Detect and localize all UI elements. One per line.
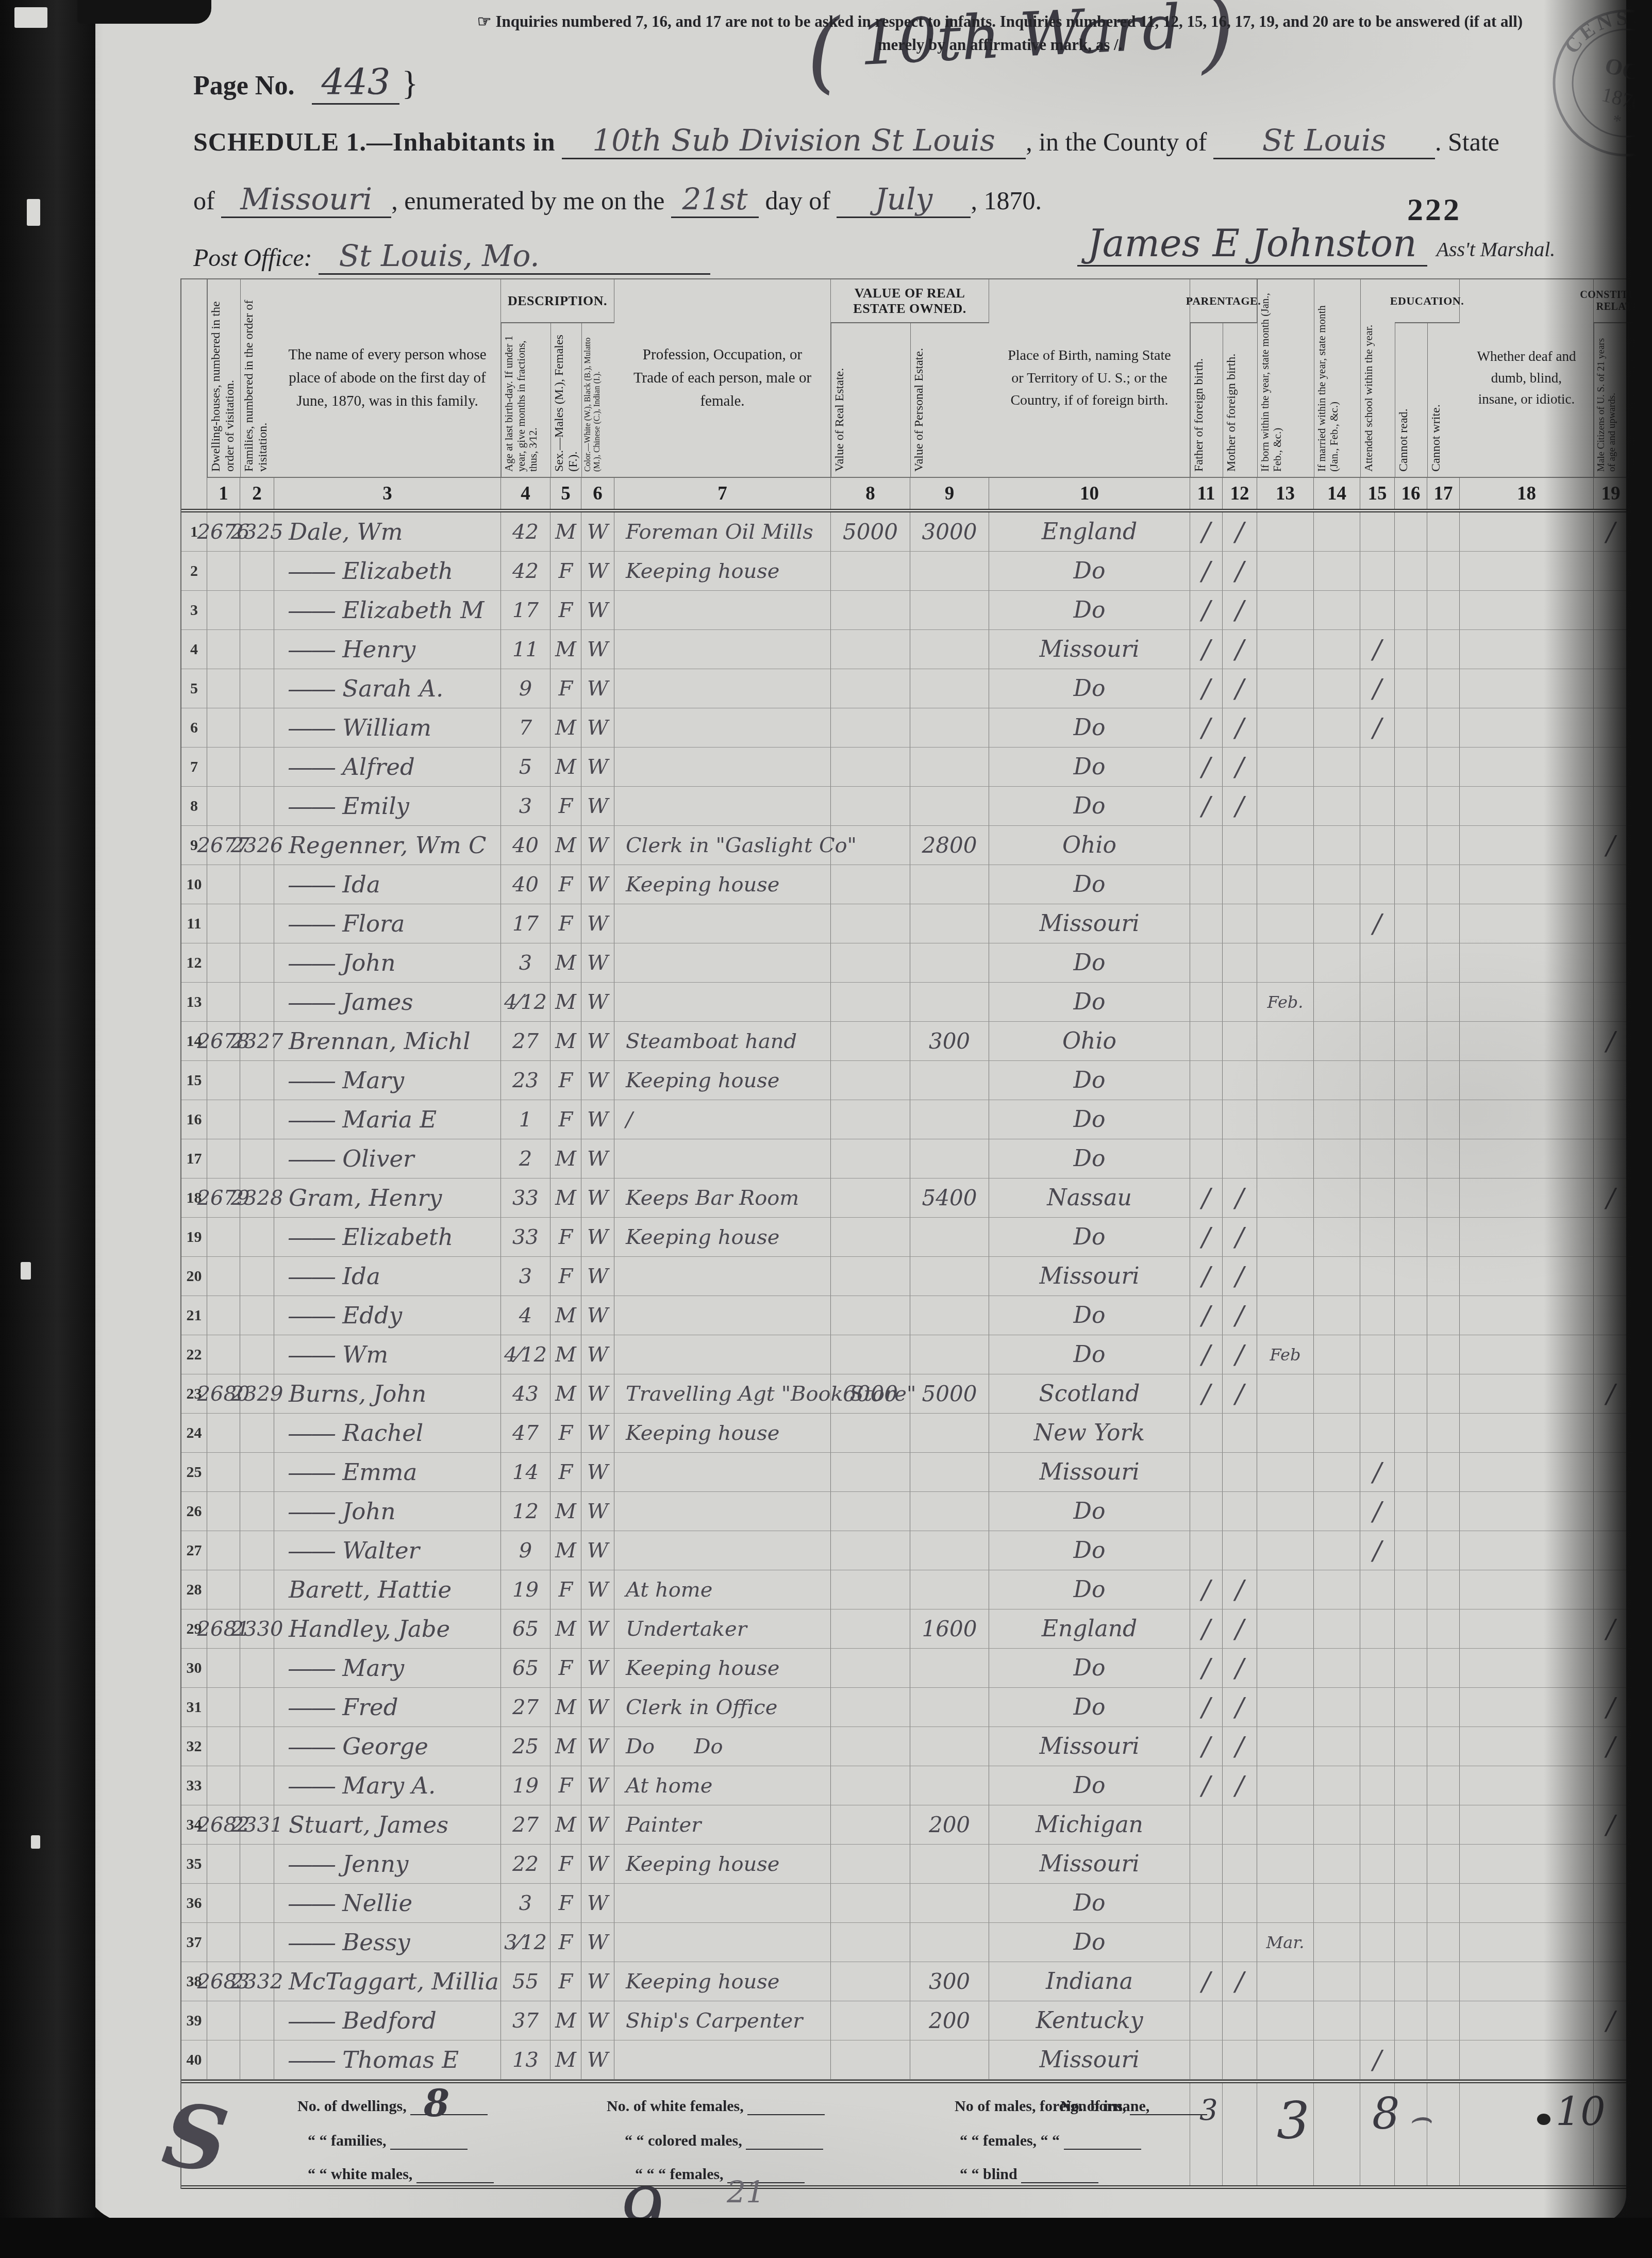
cell-color: W — [581, 904, 614, 943]
cell-occupation: Keeping house — [614, 1061, 831, 1100]
row-number-left: 32 — [181, 1727, 207, 1766]
header-gutter-left — [181, 279, 207, 509]
cell-cannot-write-mark — [1427, 1649, 1460, 1687]
cell-cannot-write-mark — [1427, 630, 1460, 669]
cell-age: 4 — [501, 1296, 550, 1335]
cell-sex: F — [550, 1649, 581, 1687]
cell-mother-foreign-mark — [1223, 983, 1257, 1021]
blank-line — [1154, 2100, 1200, 2115]
cell-born-month — [1257, 943, 1314, 982]
cell-mother-foreign-mark — [1223, 2001, 1257, 2040]
cell-real-estate-value — [831, 1414, 910, 1452]
cell-cannot-write-mark — [1427, 1609, 1460, 1648]
cell-real-estate-value — [831, 1923, 910, 1962]
cell-cannot-write-mark — [1427, 1453, 1460, 1491]
cell-mother-foreign-mark: / — [1223, 1335, 1257, 1374]
cell-married-month — [1314, 865, 1360, 904]
col-number: 8 — [831, 477, 910, 509]
cell-married-month — [1314, 1414, 1360, 1452]
flourish-s-icon: S — [157, 2082, 234, 2193]
cell-name: ―― George — [274, 1727, 501, 1766]
cell-father-foreign-mark: / — [1190, 1609, 1223, 1648]
cell-birthplace: Ohio — [989, 826, 1190, 865]
cell-cannot-read-mark — [1395, 1492, 1427, 1531]
row-number-left: 19 — [181, 1218, 207, 1256]
cell-real-estate-value — [831, 1061, 910, 1100]
cell-family-number — [240, 943, 274, 982]
table-row: 4 ―― Henry 11 M W Missouri / / — [181, 630, 1652, 669]
cell-personal-estate-value — [910, 983, 989, 1021]
group-education: EDUCATION. — [1395, 279, 1460, 323]
footer-total-father-foreign: 3 — [1199, 2094, 1218, 2127]
cell-cannot-read-mark — [1395, 1100, 1427, 1139]
group-description: DESCRIPTION. — [501, 279, 614, 323]
cell-attended-school-mark — [1360, 1923, 1395, 1962]
cell-dwelling-number — [207, 1218, 240, 1256]
table-row: 29 2681 2330 Handley, Jabe 65 M W Undert… — [181, 1609, 1652, 1649]
cell-cannot-write-mark — [1427, 1923, 1460, 1962]
cell-age: 55 — [501, 1962, 550, 2001]
cell-personal-estate-value: 5000 — [910, 1374, 989, 1413]
cell-occupation — [614, 1531, 831, 1570]
cell-family-number — [240, 552, 274, 590]
cell-sex: F — [550, 1218, 581, 1256]
cell-personal-estate-value — [910, 2040, 989, 2079]
cell-personal-estate-value — [910, 669, 989, 708]
inquiries-line1: Inquiries numbered 7, 16, and 17 are not… — [495, 12, 1523, 30]
cell-occupation — [614, 1257, 831, 1296]
footer-insane-label: No. of insane, — [1060, 2098, 1200, 2115]
cell-mother-foreign-mark — [1223, 904, 1257, 943]
cell-real-estate-value — [831, 748, 910, 786]
cell-cannot-write-mark — [1427, 1257, 1460, 1296]
cell-birthplace: Missouri — [989, 1453, 1190, 1491]
cell-family-number — [240, 1688, 274, 1726]
cell-birthplace: Ohio — [989, 1022, 1190, 1060]
cell-family-number: 2327 — [240, 1022, 274, 1060]
cell-cannot-read-mark — [1395, 1609, 1427, 1648]
row-number-left: 37 — [181, 1923, 207, 1962]
cell-name: ―― Nellie — [274, 1884, 501, 1922]
cell-age: 3 — [501, 1884, 550, 1922]
cell-real-estate-value — [831, 1688, 910, 1726]
table-row: 13 ―― James 4⁄12 M W Do Feb. — [181, 983, 1652, 1022]
cell-personal-estate-value — [910, 1923, 989, 1962]
cell-birthplace: Do — [989, 1335, 1190, 1374]
cell-mother-foreign-mark: / — [1223, 1570, 1257, 1609]
cell-cannot-write-mark — [1427, 865, 1460, 904]
cell-sex: M — [550, 943, 581, 982]
cell-real-estate-value — [831, 2001, 910, 2040]
cell-father-foreign-mark: / — [1190, 1727, 1223, 1766]
cell-name: ―― John — [274, 943, 501, 982]
cell-name: ―― Elizabeth — [274, 1218, 501, 1256]
cell-age: 22 — [501, 1845, 550, 1883]
cell-birthplace: Do — [989, 943, 1190, 982]
cell-name: ―― Mary — [274, 1061, 501, 1100]
cell-color: W — [581, 1727, 614, 1766]
cell-age: 19 — [501, 1570, 550, 1609]
cell-mother-foreign-mark — [1223, 1139, 1257, 1178]
state-line: of Missouri, enumerated by me on the 21s… — [193, 181, 1606, 218]
cell-family-number — [240, 1296, 274, 1335]
cell-personal-estate-value — [910, 1414, 989, 1452]
cell-father-foreign-mark — [1190, 1453, 1223, 1491]
cell-sex: F — [550, 1257, 581, 1296]
cell-family-number — [240, 630, 274, 669]
cell-cannot-read-mark — [1395, 865, 1427, 904]
cell-sex: M — [550, 983, 581, 1021]
cell-cannot-read-mark — [1395, 787, 1427, 825]
cell-married-month — [1314, 1139, 1360, 1178]
row-number-left: 6 — [181, 708, 207, 747]
table-row: 31 ―― Fred 27 M W Clerk in Office Do / / — [181, 1688, 1652, 1727]
cell-age: 27 — [501, 1022, 550, 1060]
cell-married-month — [1314, 1727, 1360, 1766]
cell-attended-school-mark — [1360, 865, 1395, 904]
cell-personal-estate-value: 300 — [910, 1962, 989, 2001]
cell-personal-estate-value: 200 — [910, 2001, 989, 2040]
cell-cannot-read-mark — [1395, 1531, 1427, 1570]
cell-born-month — [1257, 787, 1314, 825]
cell-family-number — [240, 1257, 274, 1296]
footer-col17 — [1427, 2083, 1460, 2185]
table-row: 11 ―― Flora 17 F W Missouri — [181, 904, 1652, 943]
cell-real-estate-value — [831, 1453, 910, 1491]
table-row: 28 Barett, Hattie 19 F W At home Do / / — [181, 1570, 1652, 1609]
cell-attended-school-mark — [1360, 1805, 1395, 1844]
cell-born-month — [1257, 1531, 1314, 1570]
month-value: July — [875, 181, 932, 217]
cell-occupation — [614, 1884, 831, 1922]
cell-mother-foreign-mark: / — [1223, 1296, 1257, 1335]
of-label: of — [193, 186, 215, 215]
cell-occupation: At home — [614, 1570, 831, 1609]
cell-mother-foreign-mark: / — [1223, 1257, 1257, 1296]
blank-line — [1021, 2168, 1098, 2183]
col-head-cannot-write: Cannot write. — [1427, 323, 1460, 477]
cell-sex: F — [550, 787, 581, 825]
cell-color: W — [581, 943, 614, 982]
cell-name: ―― Wm — [274, 1335, 501, 1374]
cell-married-month — [1314, 708, 1360, 747]
cell-cannot-read-mark — [1395, 1022, 1427, 1060]
cell-family-number: 2330 — [240, 1609, 274, 1648]
cell-sex: M — [550, 1805, 581, 1844]
cell-cannot-write-mark — [1427, 1022, 1460, 1060]
cell-personal-estate-value — [910, 787, 989, 825]
cell-family-number — [240, 1766, 274, 1805]
cell-cannot-write-mark — [1427, 904, 1460, 943]
cell-dwelling-number — [207, 1570, 240, 1609]
cell-birthplace: Do — [989, 1296, 1190, 1335]
cell-sex: F — [550, 1884, 581, 1922]
cell-born-month — [1257, 552, 1314, 590]
cell-family-number — [240, 1335, 274, 1374]
cell-cannot-write-mark — [1427, 1688, 1460, 1726]
cell-age: 3 — [501, 943, 550, 982]
cell-dwelling-number — [207, 1923, 240, 1962]
cell-occupation — [614, 1139, 831, 1178]
cell-name: Dale, Wm — [274, 512, 501, 551]
cell-personal-estate-value — [910, 1727, 989, 1766]
cell-cannot-write-mark — [1427, 512, 1460, 551]
cell-age: 47 — [501, 1414, 550, 1452]
cell-birthplace: Kentucky — [989, 2001, 1190, 2040]
cell-color: W — [581, 1923, 614, 1962]
cell-mother-foreign-mark — [1223, 2040, 1257, 2079]
cell-color: W — [581, 865, 614, 904]
cell-father-foreign-mark — [1190, 826, 1223, 865]
cell-cannot-write-mark — [1427, 787, 1460, 825]
cell-name: ―― Eddy — [274, 1296, 501, 1335]
marshal-signature-line: James E Johnston Ass't Marshal. — [1077, 222, 1555, 265]
cell-birthplace: England — [989, 512, 1190, 551]
cell-born-month — [1257, 1022, 1314, 1060]
footer-col12 — [1223, 2083, 1257, 2185]
cell-mother-foreign-mark — [1223, 1492, 1257, 1531]
page-number-row: Page No. 443 } — [193, 61, 1595, 105]
enumerated-label: , enumerated by me on the — [391, 186, 664, 215]
cell-attended-school-mark — [1360, 1649, 1395, 1687]
cell-mother-foreign-mark — [1223, 865, 1257, 904]
cell-father-foreign-mark: / — [1190, 1178, 1223, 1217]
cell-father-foreign-mark — [1190, 1805, 1223, 1844]
cell-attended-school-mark — [1360, 826, 1395, 865]
cell-born-month — [1257, 2001, 1314, 2040]
cell-age: 4⁄12 — [501, 1335, 550, 1374]
cell-name: ―― Oliver — [274, 1139, 501, 1178]
cell-dwelling-number — [207, 904, 240, 943]
cell-real-estate-value — [831, 1962, 910, 2001]
state-suffix: . State — [1435, 127, 1499, 156]
cell-sex: M — [550, 2001, 581, 2040]
cell-name: ―― Mary — [274, 1649, 501, 1687]
cell-age: 27 — [501, 1805, 550, 1844]
cell-family-number — [240, 904, 274, 943]
cell-attended-school-mark: / — [1360, 1453, 1395, 1491]
schedule-label: SCHEDULE 1.—Inhabitants in — [193, 127, 556, 156]
cell-dwelling-number — [207, 1414, 240, 1452]
cell-occupation — [614, 748, 831, 786]
cell-name: Burns, John — [274, 1374, 501, 1413]
cell-sex: F — [550, 904, 581, 943]
cell-occupation — [614, 983, 831, 1021]
col-number: 12 — [1223, 477, 1257, 509]
footer-summary: S No. of dwellings, 8 No. of white femal… — [181, 2083, 1190, 2185]
cell-cannot-write-mark — [1427, 669, 1460, 708]
table-row: 17 ―― Oliver 2 M W Do — [181, 1139, 1652, 1178]
inquiries-note: ☞ Inquiries numbered 7, 16, and 17 are n… — [402, 10, 1598, 57]
cell-cannot-write-mark — [1427, 1374, 1460, 1413]
cell-personal-estate-value — [910, 1218, 989, 1256]
cell-cannot-read-mark — [1395, 1178, 1427, 1217]
film-speck — [27, 199, 40, 226]
cell-name: ―― Jenny — [274, 1845, 501, 1883]
cell-color: W — [581, 1374, 614, 1413]
cell-cannot-write-mark — [1427, 552, 1460, 590]
cell-real-estate-value — [831, 1727, 910, 1766]
cell-color: W — [581, 1453, 614, 1491]
col-head-school: Attended school within the year. — [1360, 279, 1395, 477]
cell-born-month — [1257, 630, 1314, 669]
cell-family-number: 2328 — [240, 1178, 274, 1217]
cell-color: W — [581, 748, 614, 786]
cell-color: W — [581, 591, 614, 629]
cell-dwelling-number — [207, 1492, 240, 1531]
cell-attended-school-mark — [1360, 1100, 1395, 1139]
cell-mother-foreign-mark: / — [1223, 512, 1257, 551]
cell-sex: M — [550, 1688, 581, 1726]
cell-birthplace: Do — [989, 1766, 1190, 1805]
cell-real-estate-value — [831, 1805, 910, 1844]
cell-married-month — [1314, 1061, 1360, 1100]
cell-born-month — [1257, 1492, 1314, 1531]
cell-dwelling-number — [207, 1727, 240, 1766]
cell-family-number — [240, 983, 274, 1021]
cell-personal-estate-value: 1600 — [910, 1609, 989, 1648]
row-number-left: 2 — [181, 552, 207, 590]
row-number-left: 10 — [181, 865, 207, 904]
cell-age: 40 — [501, 826, 550, 865]
scan-shadow-right — [1544, 0, 1652, 2258]
cell-cannot-write-mark — [1427, 1531, 1460, 1570]
cell-age: 3 — [501, 787, 550, 825]
row-number-left: 11 — [181, 904, 207, 943]
cell-personal-estate-value — [910, 904, 989, 943]
cell-mother-foreign-mark: / — [1223, 1727, 1257, 1766]
cell-married-month — [1314, 1218, 1360, 1256]
cell-cannot-read-mark — [1395, 1218, 1427, 1256]
cell-dwelling-number — [207, 1257, 240, 1296]
cell-color: W — [581, 708, 614, 747]
cell-cannot-read-mark — [1395, 904, 1427, 943]
footer-col14 — [1314, 2083, 1360, 2185]
cell-attended-school-mark — [1360, 1766, 1395, 1805]
cell-father-foreign-mark — [1190, 943, 1223, 982]
table-row: 8 ―― Emily 3 F W Do / / — [181, 787, 1652, 826]
cell-father-foreign-mark: / — [1190, 1766, 1223, 1805]
cell-sex: M — [550, 1296, 581, 1335]
cell-age: 2 — [501, 1139, 550, 1178]
cell-family-number — [240, 669, 274, 708]
cell-mother-foreign-mark — [1223, 1100, 1257, 1139]
cell-cannot-read-mark — [1395, 1139, 1427, 1178]
cell-age: 3⁄12 — [501, 1923, 550, 1962]
col-head-color: Color.—White (W.), Black (B.), Mulatto (… — [581, 323, 614, 477]
cell-married-month — [1314, 1335, 1360, 1374]
footer-total-curve-mark: ⌢ — [1408, 2096, 1432, 2138]
cell-dwelling-number — [207, 1845, 240, 1883]
cell-personal-estate-value: 5400 — [910, 1178, 989, 1217]
cell-mother-foreign-mark — [1223, 1061, 1257, 1100]
cell-cannot-write-mark — [1427, 826, 1460, 865]
cell-attended-school-mark — [1360, 552, 1395, 590]
table-row: 16 ―― Maria E 1 F W / Do — [181, 1100, 1652, 1139]
cell-birthplace: Nassau — [989, 1178, 1190, 1217]
cell-dwelling-number — [207, 1531, 240, 1570]
cell-color: W — [581, 1178, 614, 1217]
cell-occupation — [614, 1923, 831, 1962]
table-row: 25 ―― Emma 14 F W Missouri — [181, 1453, 1652, 1492]
cell-attended-school-mark — [1360, 1335, 1395, 1374]
cell-family-number: 2325 — [240, 512, 274, 551]
col-number: 1 — [207, 477, 240, 509]
cell-attended-school-mark: / — [1360, 2040, 1395, 2079]
cell-attended-school-mark — [1360, 1962, 1395, 2001]
cell-born-month — [1257, 1374, 1314, 1413]
cell-real-estate-value — [831, 1649, 910, 1687]
cell-occupation: Keeping house — [614, 1414, 831, 1452]
cell-personal-estate-value: 300 — [910, 1022, 989, 1060]
cell-born-month — [1257, 865, 1314, 904]
cell-personal-estate-value — [910, 748, 989, 786]
cell-married-month — [1314, 669, 1360, 708]
group-parentage: PARENTAGE. — [1190, 279, 1257, 323]
table-row: 35 ―― Jenny 22 F W Keeping house Missour… — [181, 1845, 1652, 1884]
cell-attended-school-mark — [1360, 787, 1395, 825]
col-head-personal-estate: Value of Personal Estate. — [910, 323, 989, 477]
cell-name: Gram, Henry — [274, 1178, 501, 1217]
row-number-left: 4 — [181, 630, 207, 669]
cell-occupation: Ship's Carpenter — [614, 2001, 831, 2040]
table-body: 1 2676 2325 Dale, Wm 42 M W Foreman Oil … — [181, 512, 1652, 2080]
scan-corner-top-left — [77, 0, 211, 24]
cell-color: W — [581, 1335, 614, 1374]
cell-occupation: Keeping house — [614, 1962, 831, 2001]
cell-father-foreign-mark — [1190, 983, 1223, 1021]
cell-age: 17 — [501, 904, 550, 943]
cell-birthplace: Do — [989, 1923, 1190, 1962]
cell-dwelling-number — [207, 1884, 240, 1922]
cell-color: W — [581, 1609, 614, 1648]
row-number-left: 5 — [181, 669, 207, 708]
cell-family-number — [240, 2001, 274, 2040]
cell-real-estate-value — [831, 1335, 910, 1374]
cell-father-foreign-mark: / — [1190, 630, 1223, 669]
cell-name: ―― Alfred — [274, 748, 501, 786]
cell-color: W — [581, 1492, 614, 1531]
cell-occupation: Painter — [614, 1805, 831, 1844]
col-number: 6 — [581, 477, 614, 509]
cell-birthplace: Do — [989, 983, 1190, 1021]
cell-sex: M — [550, 708, 581, 747]
footer-blind-label: “ “ blind — [960, 2166, 1098, 2183]
cell-real-estate-value — [831, 1100, 910, 1139]
cell-real-estate-value — [831, 1531, 910, 1570]
cell-married-month — [1314, 1962, 1360, 2001]
row-number-left: 24 — [181, 1414, 207, 1452]
cell-cannot-read-mark — [1395, 2001, 1427, 2040]
cell-personal-estate-value — [910, 1845, 989, 1883]
cell-name: ―― Rachel — [274, 1414, 501, 1452]
cell-name: Regenner, Wm C — [274, 826, 501, 865]
cell-father-foreign-mark — [1190, 1414, 1223, 1452]
cell-married-month — [1314, 1453, 1360, 1491]
cell-name: ―― Emma — [274, 1453, 501, 1491]
cell-occupation — [614, 904, 831, 943]
cell-married-month — [1314, 787, 1360, 825]
cell-sex: M — [550, 1335, 581, 1374]
row-number-left: 33 — [181, 1766, 207, 1805]
cell-personal-estate-value — [910, 1139, 989, 1178]
cell-real-estate-value — [831, 1884, 910, 1922]
paper-sheet: ( 10th Ward ) CENSUS OFFICE OCT 1870 * P… — [82, 0, 1626, 2223]
cell-married-month — [1314, 1805, 1360, 1844]
cell-family-number: 2332 — [240, 1962, 274, 2001]
cell-birthplace: Missouri — [989, 2040, 1190, 2079]
cell-attended-school-mark — [1360, 1727, 1395, 1766]
